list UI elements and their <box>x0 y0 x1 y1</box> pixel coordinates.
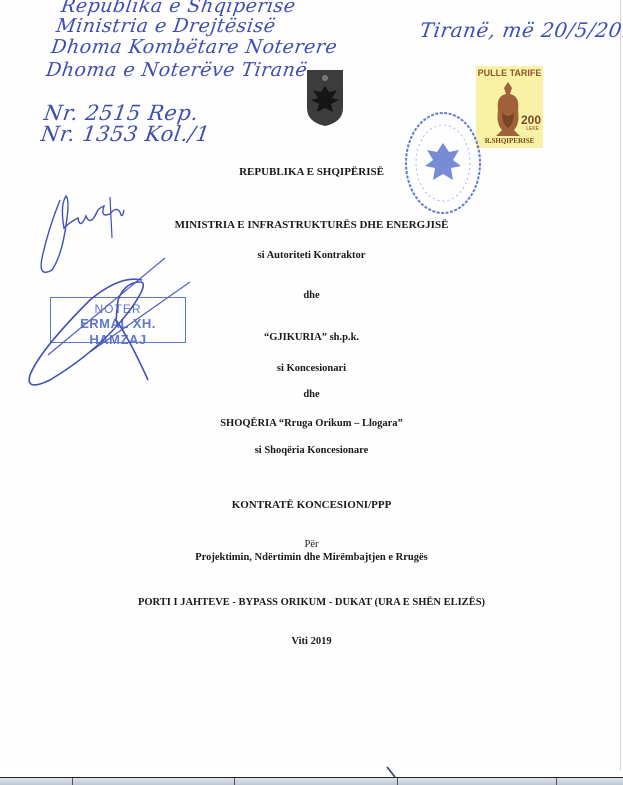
handwritten-line: Nr. 2515 Rep. <box>43 103 200 123</box>
conjunction-dhe: dhe <box>0 389 623 400</box>
tax-stamp-title: PULLE TARIFE <box>476 68 543 78</box>
ministry-heading: MINISTRIA E INFRASTRUKTURËS DHE ENERGJIS… <box>0 219 623 231</box>
document-page: Republika e Shqipërisë Ministria e Drejt… <box>0 0 621 771</box>
ministry-role: si Autoriteti Kontraktor <box>0 250 623 261</box>
skanderbeg-portrait-icon <box>490 80 526 138</box>
handwritten-line: Ministria e Drejtësisë <box>55 16 277 36</box>
handwritten-line: Nr. 1353 Kol./1 <box>40 124 211 144</box>
tax-stamp-currency: LEKE <box>526 126 539 132</box>
concession-company-role: si Shoqëria Koncesionare <box>0 445 623 456</box>
tax-stamp-value: 200 <box>521 113 541 127</box>
concession-company-name: SHOQËRIA “Rruga Orikum – Llogara” <box>0 418 623 429</box>
handwritten-date: Tiranë, më 20/5/2019 <box>418 18 623 42</box>
tax-stamp-issuer: R.SHQIPERISE <box>476 137 543 145</box>
taskbar-button[interactable] <box>73 778 235 785</box>
taskbar-button[interactable] <box>0 778 73 785</box>
taskbar-button[interactable] <box>235 778 398 785</box>
notary-stamp-name: ERMAL XH. HAMZAJ <box>51 316 185 348</box>
taskbar-button[interactable] <box>557 778 623 785</box>
purpose-text: Projektimin, Ndërtimin dhe Mirëmbajtjen … <box>0 552 623 563</box>
tax-stamp: PULLE TARIFE 200 LEKE R.SHQIPERISE <box>476 66 543 148</box>
company-role: si Koncesionari <box>0 363 623 374</box>
project-name: PORTI I JAHTEVE - BYPASS ORIKUM - DUKAT … <box>0 597 623 608</box>
document-year: Viti 2019 <box>0 636 623 647</box>
handwritten-line: Republika e Shqipërisë <box>60 0 297 16</box>
purpose-for: Për <box>0 539 623 550</box>
albanian-emblem-icon <box>305 68 345 128</box>
notary-stamp-title: NOTER <box>51 302 185 316</box>
republic-heading: REPUBLIKA E SHQIPËRISË <box>0 166 623 178</box>
taskbar <box>0 777 623 785</box>
handwritten-line: Dhoma e Noterëve Tiranë <box>45 60 309 80</box>
notary-stamp: NOTER ERMAL XH. HAMZAJ <box>50 297 186 343</box>
taskbar-button[interactable] <box>398 778 557 785</box>
contract-title: KONTRATË KONCESIONI/PPP <box>0 499 623 511</box>
round-seal-icon <box>403 108 483 218</box>
handwritten-line: Dhoma Kombëtare Noterere <box>50 37 339 57</box>
